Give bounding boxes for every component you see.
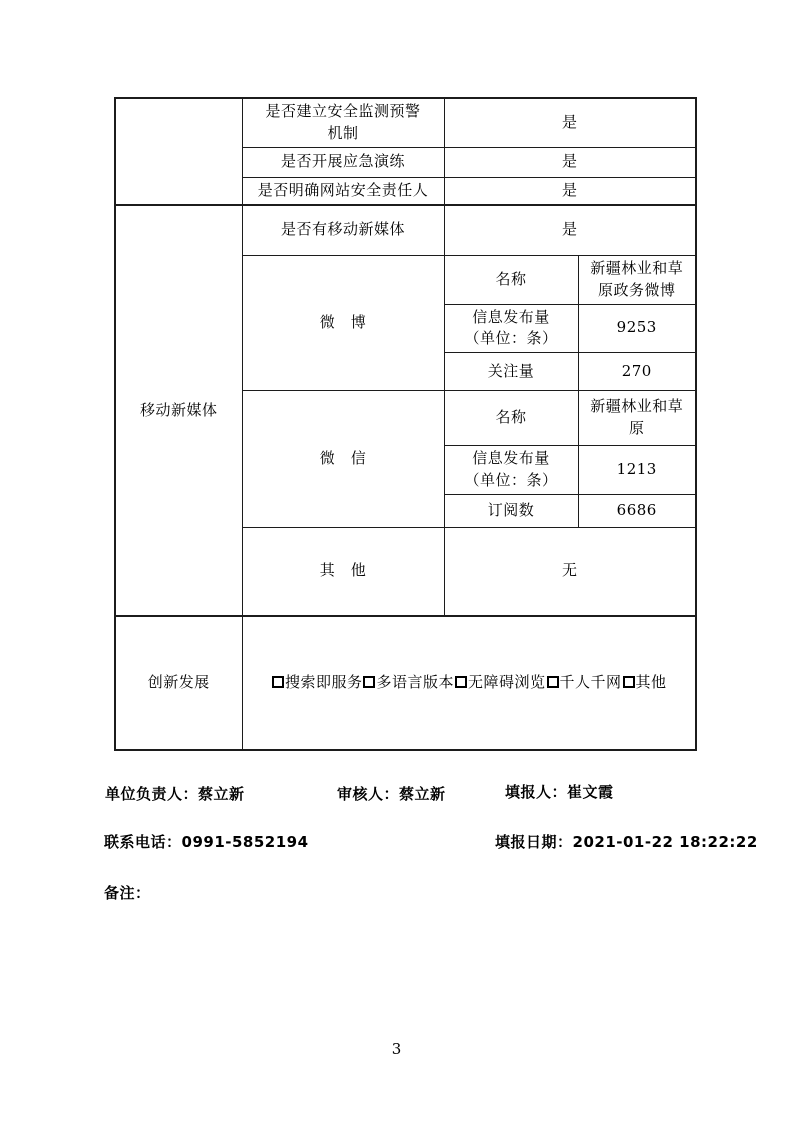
other-media-value: 无 <box>444 527 696 616</box>
notes-field: 备注： <box>104 882 151 903</box>
phone-field: 联系电话：0991-5852194 <box>104 831 309 852</box>
security-responsible-value: 是 <box>444 177 696 205</box>
wechat-subscribers-value: 6686 <box>578 494 696 527</box>
security-monitoring-value: 是 <box>444 98 696 147</box>
filler-name: 崔文霞 <box>567 783 614 801</box>
wechat-name-label: 名称 <box>444 391 578 446</box>
innovation-option-label: 千人千网 <box>560 673 622 691</box>
report-table: 是否建立安全监测预警 机制 是 是否开展应急演练 是 是否明确网站安全责任人 是… <box>114 97 697 751</box>
wechat-name-value: 新疆林业和草原 <box>578 391 696 446</box>
filler-field: 填报人：崔文霞 <box>505 781 614 802</box>
reviewer-label: 审核人： <box>337 785 399 803</box>
weibo-name-label: 名称 <box>444 255 578 304</box>
innovation-option-label: 多语言版本 <box>376 673 454 691</box>
unit-head-field: 单位负责人：蔡立新 <box>105 783 245 804</box>
checkbox-icon <box>363 676 375 688</box>
innovation-option-label: 搜索即服务 <box>285 673 363 691</box>
checkbox-icon <box>547 676 559 688</box>
report-date-field: 填报日期：2021-01-22 18:22:22 <box>495 831 758 852</box>
security-monitoring-label: 是否建立安全监测预警 机制 <box>242 98 444 147</box>
weibo-posts-value: 9253 <box>578 304 696 353</box>
mobile-media-row-has: 移动新媒体 是否有移动新媒体 是 <box>115 205 696 255</box>
weibo-followers-value: 270 <box>578 353 696 391</box>
wechat-subscribers-label: 订阅数 <box>444 494 578 527</box>
other-media-label: 其 他 <box>242 527 444 616</box>
wechat-posts-label: 信息发布量 （单位：条） <box>444 446 578 495</box>
innovation-option-search: 搜索即服务 <box>271 673 363 691</box>
notes-label: 备注： <box>104 884 151 902</box>
checkbox-icon <box>455 676 467 688</box>
security-section-empty-cell <box>115 98 242 205</box>
innovation-option-personalized: 千人千网 <box>546 673 622 691</box>
security-row-monitoring: 是否建立安全监测预警 机制 是 <box>115 98 696 147</box>
has-new-media-value: 是 <box>444 205 696 255</box>
weibo-followers-label: 关注量 <box>444 353 578 391</box>
document-page: 是否建立安全监测预警 机制 是 是否开展应急演练 是 是否明确网站安全责任人 是… <box>0 0 793 1122</box>
weibo-label: 微 博 <box>242 255 444 391</box>
unit-head-name: 蔡立新 <box>198 785 245 803</box>
weibo-posts-label: 信息发布量 （单位：条） <box>444 304 578 353</box>
innovation-section-label: 创新发展 <box>115 616 242 750</box>
phone-label: 联系电话： <box>104 833 182 851</box>
security-responsible-label: 是否明确网站安全责任人 <box>242 177 444 205</box>
security-drill-label: 是否开展应急演练 <box>242 147 444 177</box>
phone-number: 0991-5852194 <box>182 833 309 851</box>
filler-label: 填报人： <box>505 783 567 801</box>
innovation-option-label: 无障碍浏览 <box>468 673 546 691</box>
security-drill-value: 是 <box>444 147 696 177</box>
innovation-option-multilang: 多语言版本 <box>362 673 454 691</box>
innovation-option-other: 其他 <box>622 673 667 691</box>
innovation-option-accessibility: 无障碍浏览 <box>454 673 546 691</box>
has-new-media-label: 是否有移动新媒体 <box>242 205 444 255</box>
checkbox-icon <box>272 676 284 688</box>
report-date-value: 2021-01-22 18:22:22 <box>573 833 758 851</box>
reviewer-name: 蔡立新 <box>399 785 446 803</box>
page-number: 3 <box>0 1040 793 1058</box>
innovation-option-label: 其他 <box>636 673 667 691</box>
wechat-posts-value: 1213 <box>578 446 696 495</box>
report-date-label: 填报日期： <box>495 833 573 851</box>
mobile-media-section-label: 移动新媒体 <box>115 205 242 616</box>
wechat-label: 微 信 <box>242 391 444 528</box>
innovation-row: 创新发展 搜索即服务多语言版本无障碍浏览千人千网其他 <box>115 616 696 750</box>
weibo-name-value: 新疆林业和草原政务微博 <box>578 255 696 304</box>
checkbox-icon <box>623 676 635 688</box>
unit-head-label: 单位负责人： <box>105 785 198 803</box>
innovation-options-cell: 搜索即服务多语言版本无障碍浏览千人千网其他 <box>242 616 696 750</box>
reviewer-field: 审核人：蔡立新 <box>337 783 446 804</box>
